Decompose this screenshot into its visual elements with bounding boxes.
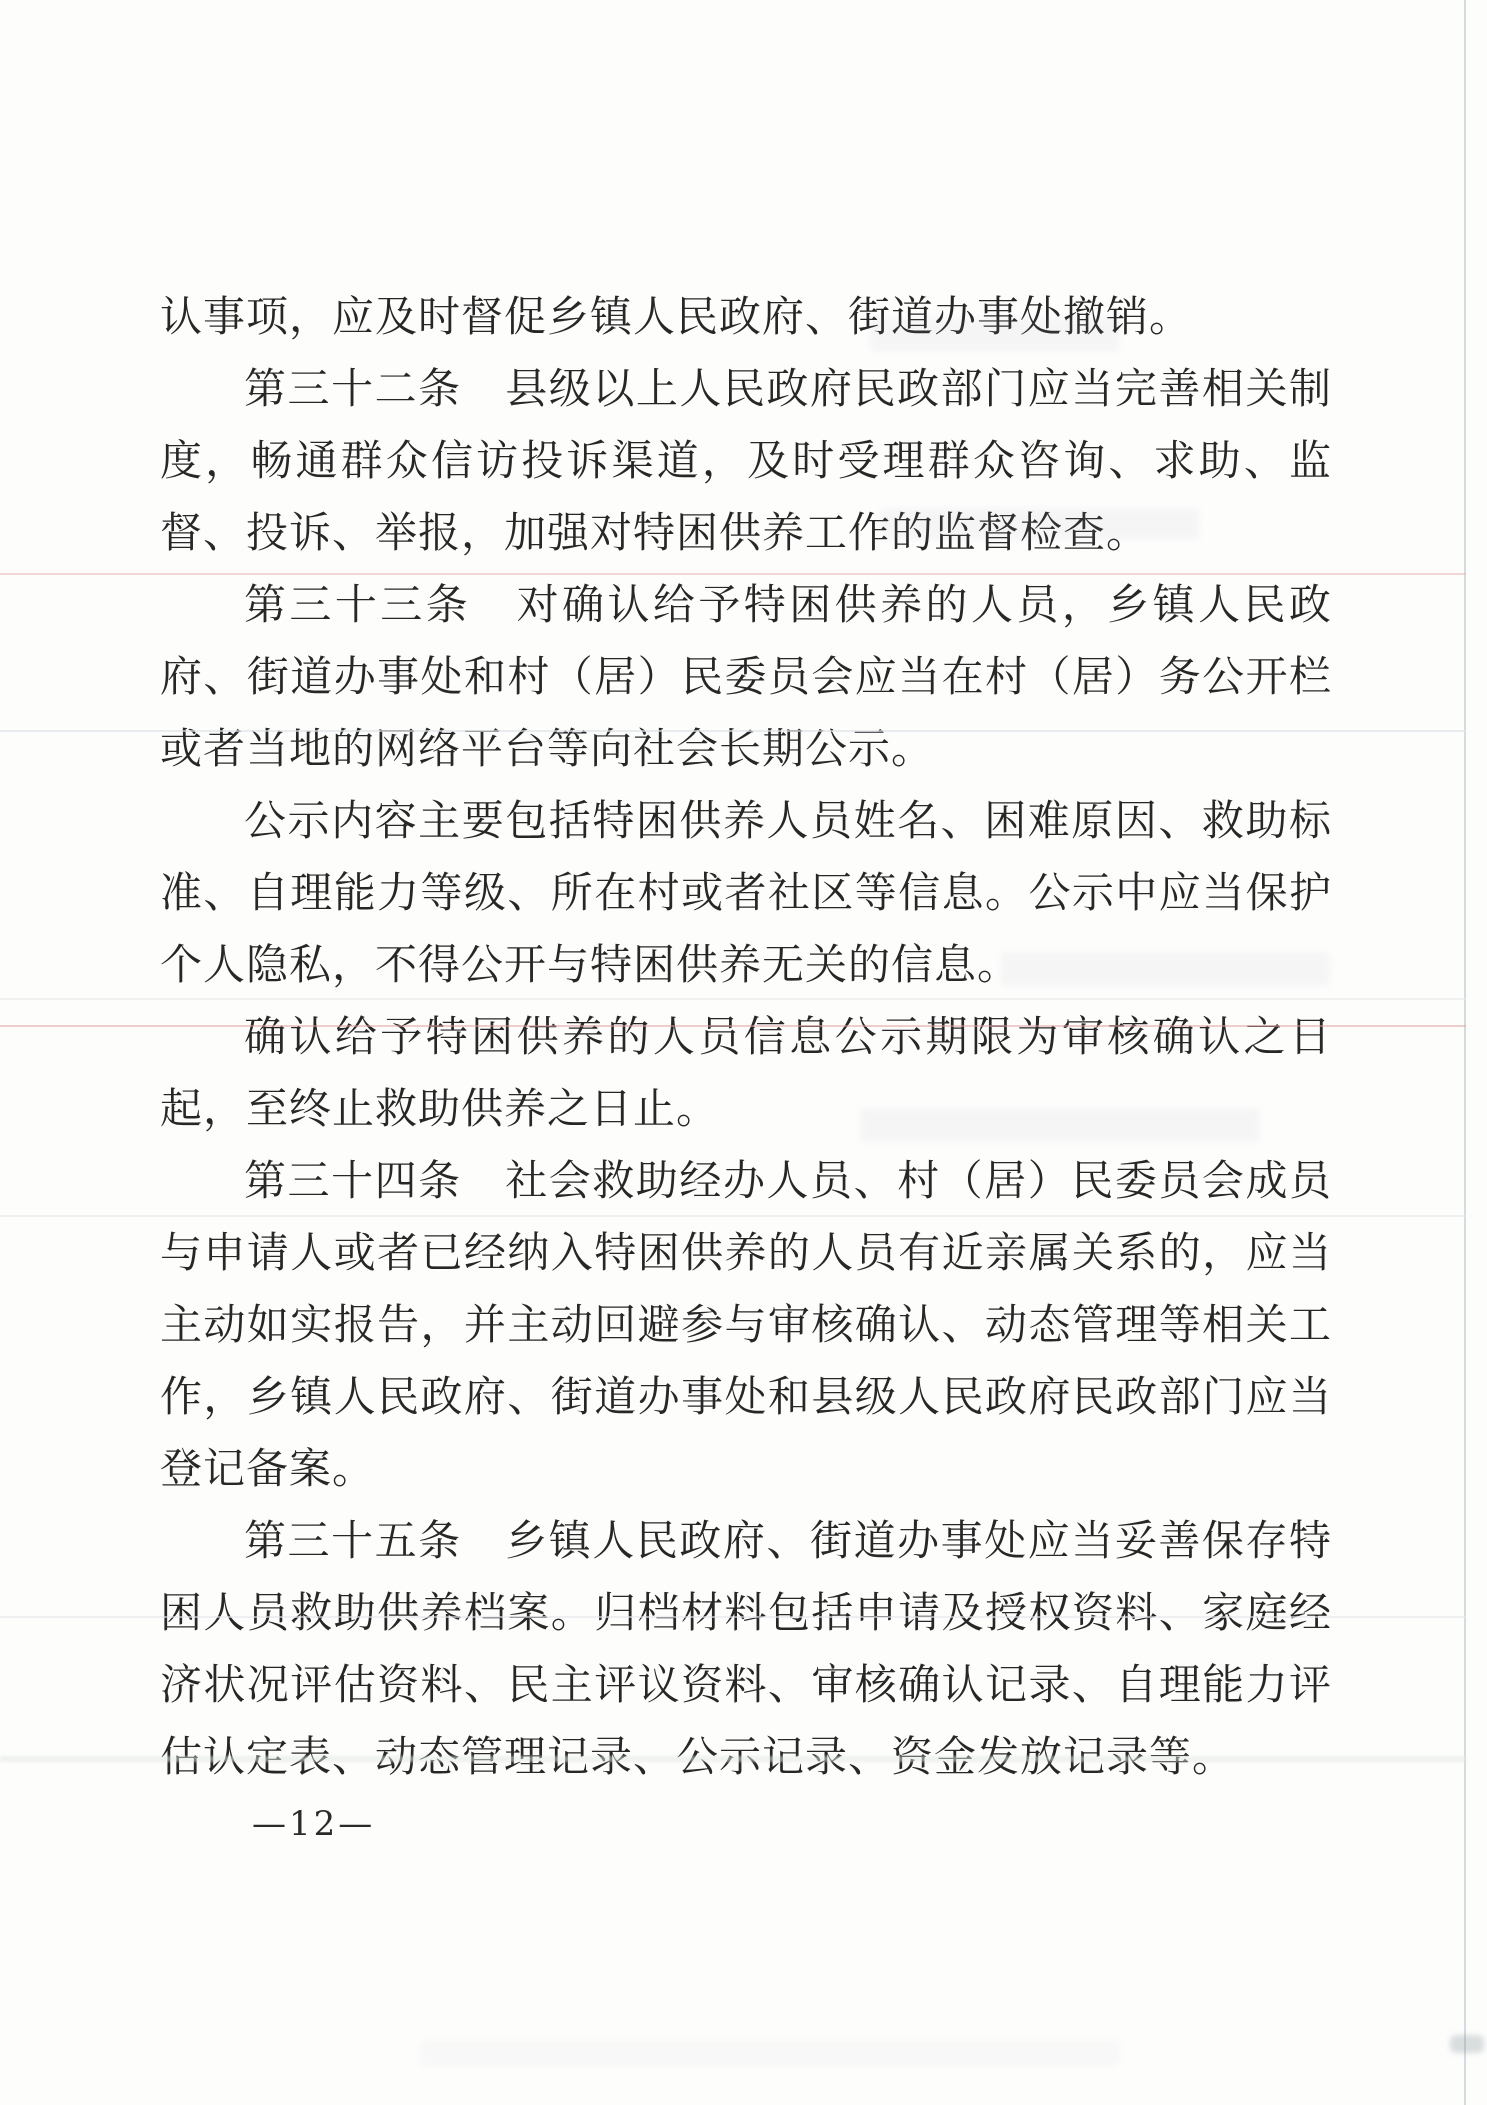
paragraph-article-32: 第三十二条 县级以上人民政府民政部门应当完善相关制度，畅通群众信访投诉渠道，及时… (160, 353, 1332, 569)
paragraph-continuation: 认事项，应及时督促乡镇人民政府、街道办事处撤销。 (160, 281, 1332, 353)
paragraph-article-33: 第三十三条 对确认给予特困供养的人员，乡镇人民政府、街道办事处和村（居）民委员会… (160, 569, 1332, 785)
page-number: —12— (252, 1804, 375, 1844)
paragraph-article-34: 第三十四条 社会救助经办人员、村（居）民委员会成员与申请人或者已经纳入特困供养的… (160, 1145, 1332, 1505)
paragraph-publicity-period: 确认给予特困供养的人员信息公示期限为审核确认之日起，至终止救助供养之日止。 (160, 1001, 1332, 1145)
document-body: 认事项，应及时督促乡镇人民政府、街道办事处撤销。 第三十二条 县级以上人民政府民… (160, 281, 1332, 1793)
paragraph-publicity-content: 公示内容主要包括特困供养人员姓名、困难原因、救助标准、自理能力等级、所在村或者社… (160, 785, 1332, 1001)
scan-bleedthrough-smudge (420, 2040, 1120, 2066)
paragraph-article-35: 第三十五条 乡镇人民政府、街道办事处应当妥善保存特困人员救助供养档案。归档材料包… (160, 1505, 1332, 1793)
scan-vertical-edge-line (1464, 0, 1466, 2105)
scan-bleedthrough-smudge (1450, 2035, 1484, 2053)
scanned-document-page: 认事项，应及时督促乡镇人民政府、街道办事处撤销。 第三十二条 县级以上人民政府民… (0, 0, 1487, 2105)
